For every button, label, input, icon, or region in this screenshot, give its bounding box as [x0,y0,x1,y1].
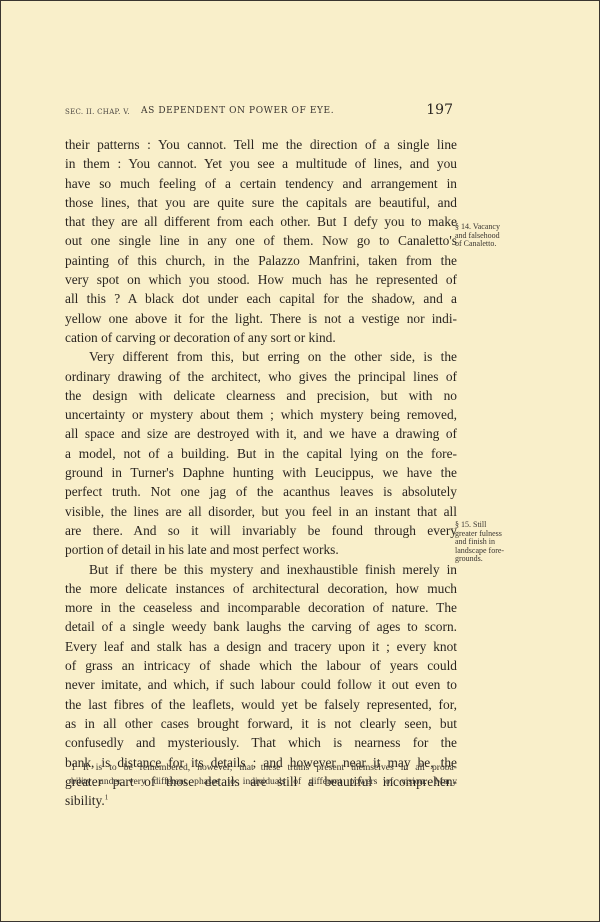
text-line: in them : You cannot. Yet you see a mult… [65,154,457,173]
text-line: all space and size are destroyed with it… [65,424,457,443]
text-line: very spot on which you stood. How much h… [65,270,457,289]
text-line: detail of a single weedy bank laughs the… [65,617,457,636]
text-line: ground in Turner's Daphne hunting with L… [65,463,457,482]
margin-note-section-14: § 14. Vacancy and falsehood of Canaletto… [455,223,535,249]
text-line: the last fibres of the leaflets, would y… [65,695,457,714]
text-line: Very different from this, but erring on … [65,347,457,366]
footnote-line: 1 It is to be remembered, however, that … [71,761,457,775]
footnote: 1 It is to be remembered, however, that … [71,761,457,789]
text-line: portion of detail in his late and most p… [65,540,457,559]
running-header: SEC. II. CHAP. V. AS DEPENDENT ON POWER … [65,102,457,122]
text-line: are there. And so it will invariably be … [65,521,457,540]
text-line: the more delicate instances of architect… [65,579,457,598]
book-page: SEC. II. CHAP. V. AS DEPENDENT ON POWER … [0,0,600,922]
text-line-content: sibility. [65,793,105,808]
text-line: a model, not of a building. But in the c… [65,444,457,463]
text-line: perfect truth. Not one jag of the acanth… [65,482,457,501]
margin-note-line: of Canaletto. [455,240,535,249]
body-text: their patterns : You cannot. Tell me the… [65,135,457,810]
margin-note-section-15: § 15. Still greater fulness and finish i… [455,521,535,564]
text-line: as in all other cases brought forward, i… [65,714,457,733]
footnote-marker: 1 [105,794,109,802]
text-line: more in the ceaseless and incomparable d… [65,598,457,617]
text-line: But if there be this mystery and inexhau… [65,560,457,579]
text-line: Every leaf and stalk has a design and tr… [65,637,457,656]
footnote-line: bility under very different phases to in… [71,775,457,789]
text-line: the design with delicate clearness and p… [65,386,457,405]
page-number: 197 [426,102,453,118]
text-line: cation of carving or decoration of any s… [65,328,457,347]
margin-note-line: grounds. [455,555,535,564]
text-line: out one single line in any one of them. … [65,231,457,250]
text-line: all this ? A black dot under each capita… [65,289,457,308]
section-label: SEC. II. CHAP. V. [65,108,130,116]
text-line: ordinary drawing of the architect, who g… [65,367,457,386]
running-title: AS DEPENDENT ON POWER OF EYE. [141,106,334,116]
text-line: those lines, that you are quite sure the… [65,193,457,212]
text-line: of grass an intricacy of shade which the… [65,656,457,675]
text-line: confusedly and mysteriously. That which … [65,733,457,752]
text-line: that they are all different from each ot… [65,212,457,231]
text-line: uncertainty or mystery about them ; whic… [65,405,457,424]
text-line: have so much feeling of a certain tenden… [65,174,457,193]
text-line: painting of this church, in the Palazzo … [65,251,457,270]
text-line: their patterns : You cannot. Tell me the… [65,135,457,154]
text-line: yellow one above it for the light. There… [65,309,457,328]
text-line: sibility.1 [65,791,457,810]
text-line: never imitate, and which, if such labour… [65,675,457,694]
text-line: visible, the lines are all disorder, but… [65,502,457,521]
